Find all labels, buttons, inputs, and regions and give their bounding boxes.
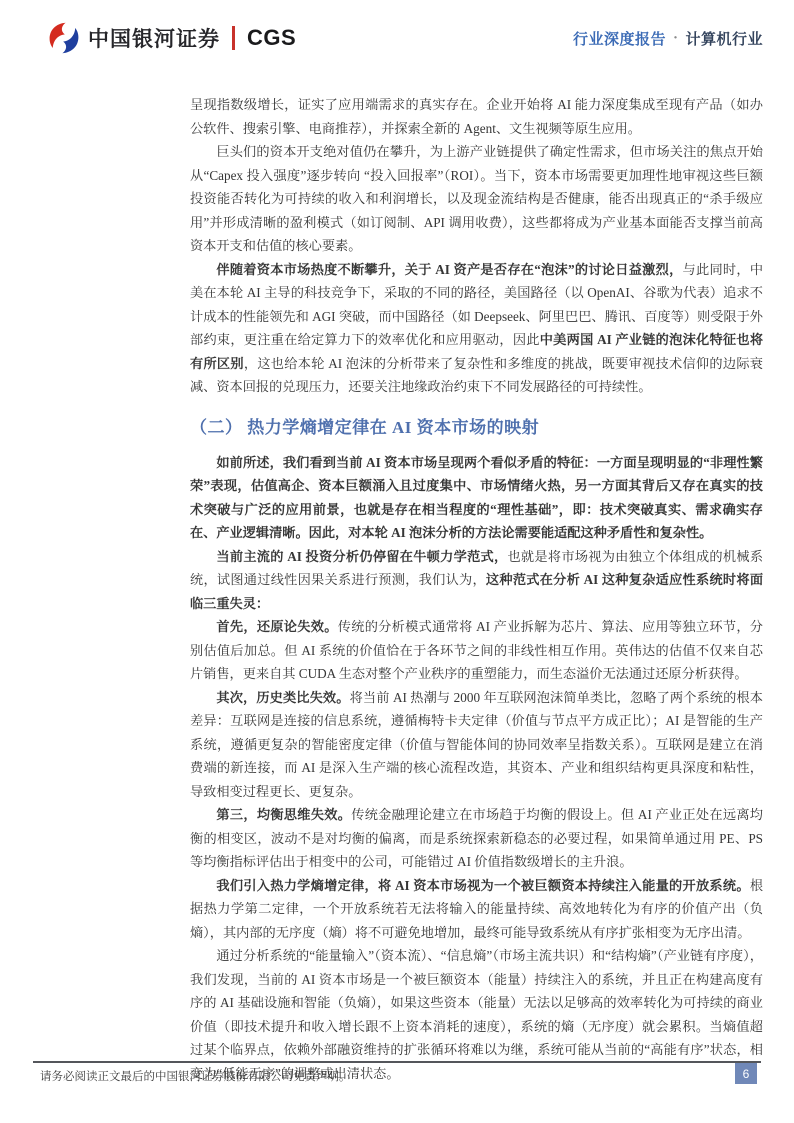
report-type-main: 行业深度报告 — [573, 28, 666, 49]
body-paragraph: 呈现指数级增长，证实了应用端需求的真实存在。企业开始将 AI 能力深度集成至现有… — [190, 93, 763, 140]
body-paragraph: 当前主流的 AI 投资分析仍停留在牛顿力学范式，也就是将市场视为由独立个体组成的… — [190, 545, 763, 616]
cgs-logo: 中国银河证券 CGS — [48, 22, 296, 54]
section-heading: （二） 热力学熵增定律在 AI 资本市场的映射 — [190, 414, 763, 442]
report-page: 中国银河证券 CGS 行业深度报告 · 计算机行业 呈现指数级增长，证实了应用端… — [0, 0, 794, 1123]
body-paragraph: 首先，还原论失效。传统的分析模式通常将 AI 产业拆解为芯片、算法、应用等独立环… — [190, 615, 763, 686]
text-run: ，这也给本轮 AI 泡沫的分析带来了复杂性和多维度的挑战，既要审视技术信仰的边际… — [190, 356, 763, 395]
document-body: 呈现指数级增长，证实了应用端需求的真实存在。企业开始将 AI 能力深度集成至现有… — [190, 93, 763, 1085]
text-run: 巨头们的资本开支绝对值仍在攀升，为上游产业链提供了确定性需求，但市场关注的焦点开… — [190, 144, 763, 253]
text-run-bold: 当前主流的 AI 投资分析仍停留在牛顿力学范式， — [216, 549, 507, 564]
footer-divider — [33, 1061, 761, 1063]
text-run-bold: 其次，历史类比失效。 — [216, 690, 349, 705]
text-run-bold: 如前所述，我们看到当前 AI 资本市场呈现两个看似矛盾的特征：一方面呈现明显的“… — [190, 455, 763, 541]
report-type-label: 行业深度报告 · 计算机行业 — [573, 28, 763, 49]
text-run: 将当前 AI 热潮与 2000 年互联网泡沫简单类比，忽略了两个系统的根本差异：… — [190, 690, 763, 799]
body-paragraph: 巨头们的资本开支绝对值仍在攀升，为上游产业链提供了确定性需求，但市场关注的焦点开… — [190, 140, 763, 258]
body-paragraph: 我们引入热力学熵增定律，将 AI 资本市场视为一个被巨额资本持续注入能量的开放系… — [190, 874, 763, 945]
logo-separator — [232, 26, 235, 50]
text-run-bold: 伴随着资本市场热度不断攀升，关于 AI 资产是否存在“泡沫”的讨论日益激烈， — [216, 262, 682, 277]
logo-text-en: CGS — [247, 25, 296, 51]
body-paragraph: 伴随着资本市场热度不断攀升，关于 AI 资产是否存在“泡沫”的讨论日益激烈，与此… — [190, 258, 763, 399]
text-run-bold: 第三，均衡思维失效。 — [216, 807, 351, 822]
report-type-dot: · — [673, 30, 679, 47]
galaxy-swoosh-icon — [48, 22, 80, 54]
body-paragraph: 通过分析系统的“能量输入”（资本流）、“信息熵”（市场主流共识）和“结构熵”（产… — [190, 944, 763, 1085]
body-paragraph: 其次，历史类比失效。将当前 AI 热潮与 2000 年互联网泡沫简单类比，忽略了… — [190, 686, 763, 804]
report-industry: 计算机行业 — [685, 28, 763, 49]
page-header: 中国银河证券 CGS 行业深度报告 · 计算机行业 — [48, 22, 763, 54]
body-paragraph: 如前所述，我们看到当前 AI 资本市场呈现两个看似矛盾的特征：一方面呈现明显的“… — [190, 451, 763, 545]
text-run: 呈现指数级增长，证实了应用端需求的真实存在。企业开始将 AI 能力深度集成至现有… — [190, 97, 763, 136]
page-number-badge: 6 — [735, 1063, 757, 1084]
footer-disclaimer: 请务必阅读正文最后的中国银河证券股份有限公司免责声明。 — [40, 1068, 351, 1084]
text-run-bold: 我们引入热力学熵增定律，将 AI 资本市场视为一个被巨额资本持续注入能量的开放系… — [216, 878, 749, 893]
logo-text-cn: 中国银河证券 — [88, 23, 220, 53]
text-run-bold: 首先，还原论失效。 — [216, 619, 337, 634]
body-paragraph: 第三，均衡思维失效。传统金融理论建立在市场趋于均衡的假设上。但 AI 产业正处在… — [190, 803, 763, 874]
